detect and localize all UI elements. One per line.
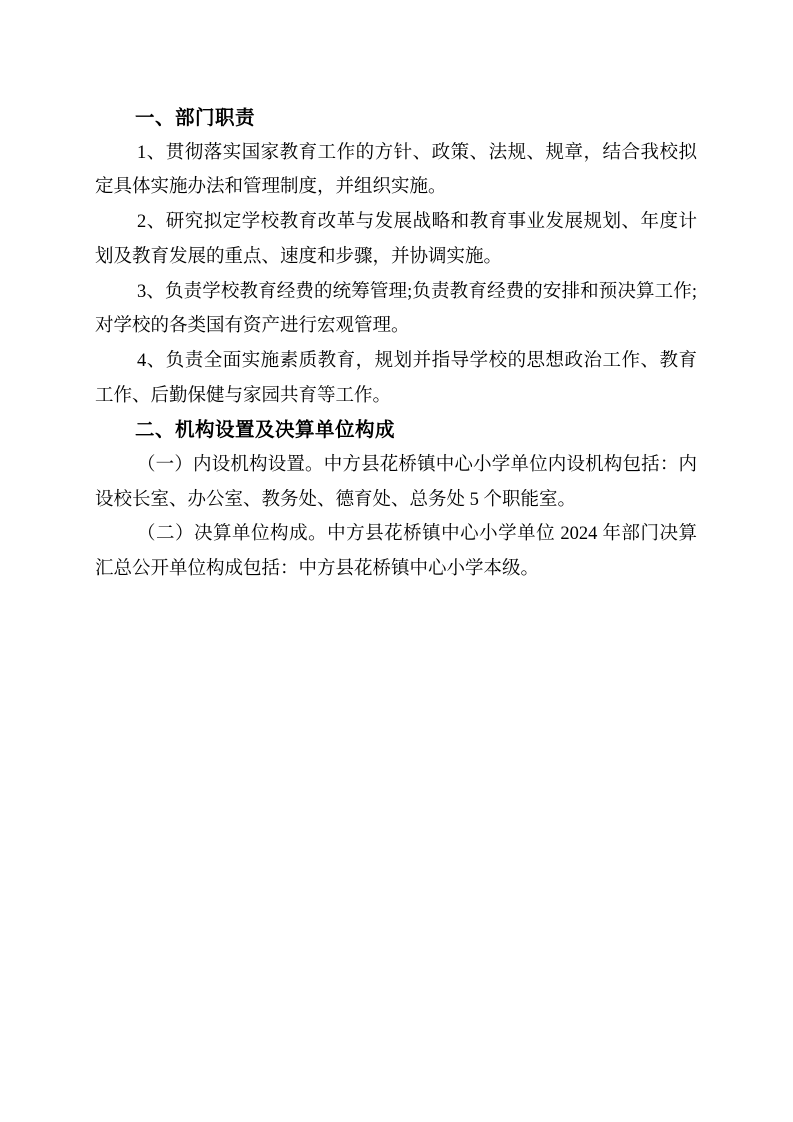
body-paragraph-4: 4、负责全面实施素质教育，规划并指导学校的思想政治工作、教育工作、后勤保健与家园… <box>95 344 697 413</box>
body-paragraph-5: （一）内设机构设置。中方县花桥镇中心小学单位内设机构包括：内设校长室、办公室、教… <box>95 448 697 517</box>
body-paragraph-2: 2、研究拟定学校教育改革与发展战略和教育事业发展规划、年度计划及教育发展的重点、… <box>95 205 697 274</box>
section-heading-organization-structure: 二、机构设置及决算单位构成 <box>95 413 697 448</box>
document-page: 一、部门职责 1、贯彻落实国家教育工作的方针、政策、法规、规章，结合我校拟定具体… <box>0 0 793 1122</box>
body-paragraph-6: （二）决算单位构成。中方县花桥镇中心小学单位 2024 年部门决算汇总公开单位构… <box>95 517 697 586</box>
body-paragraph-1: 1、贯彻落实国家教育工作的方针、政策、法规、规章，结合我校拟定具体实施办法和管理… <box>95 136 697 205</box>
body-paragraph-3: 3、负责学校教育经费的统筹管理;负责教育经费的安排和预决算工作;对学校的各类国有… <box>95 275 697 344</box>
section-heading-department-duties: 一、部门职责 <box>95 101 697 136</box>
